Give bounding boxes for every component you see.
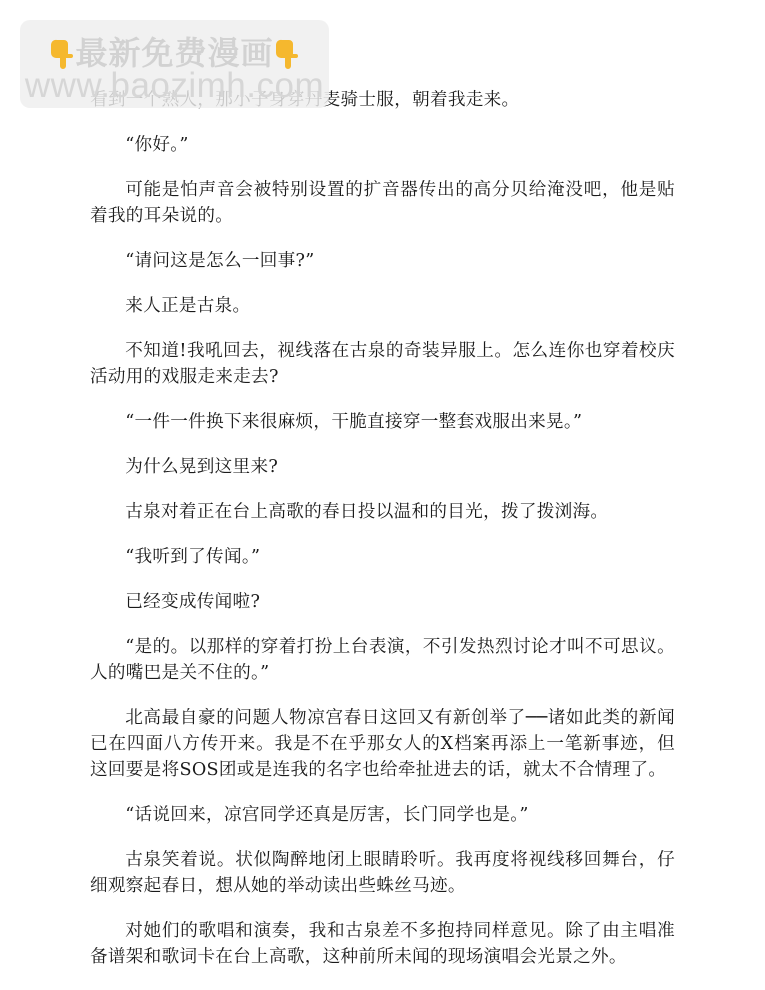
paragraph: 不知道!我吼回去，视线落在古泉的奇装异服上。怎么连你也穿着校庆活动用的戏服走来走… — [90, 338, 675, 390]
watermark-banner: 最新免费漫画 www.baozimh.com — [20, 20, 329, 108]
paragraph: “话说回来，凉宫同学还真是厉害，长门同学也是。” — [90, 802, 675, 828]
paragraph: “请问这是怎么一回事?” — [90, 248, 675, 274]
paragraph: 可能是怕声音会被特别设置的扩音器传出的高分贝给淹没吧，他是贴着我的耳朵说的。 — [90, 177, 675, 229]
paragraph: “一件一件换下来很麻烦，干脆直接穿一整套戏服出来晃。” — [90, 409, 675, 435]
paragraph: 古泉对着正在台上高歌的春日投以温和的目光，拨了拨浏海。 — [90, 499, 675, 525]
paragraph: 古泉笑着说。状似陶醉地闭上眼睛聆听。我再度将视线移回舞台，仔细观察起春日，想从她… — [90, 847, 675, 899]
document-body: 看到一个熟人，那小子身穿丹麦骑士服，朝着我走来。 “你好。” 可能是怕声音会被特… — [90, 87, 675, 989]
paragraph: “是的。以那样的穿着打扮上台表演，不引发热烈讨论才叫不可思议。人的嘴巴是关不住的… — [90, 634, 675, 686]
watermark-url: www.baozimh.com — [20, 66, 329, 106]
paragraph: 来人正是古泉。 — [90, 293, 675, 319]
paragraph: 为什么晃到这里来? — [90, 454, 675, 480]
paragraph: 北高最自豪的问题人物凉宫春日这回又有新创举了──诸如此类的新闻已在四面八方传开来… — [90, 705, 675, 783]
paragraph: “你好。” — [90, 132, 675, 158]
paragraph: “我听到了传闻。” — [90, 544, 675, 570]
paragraph: 对她们的歌唱和演奏，我和古泉差不多抱持同样意见。除了由主唱准备谱架和歌词卡在台上… — [90, 918, 675, 970]
paragraph: 已经变成传闻啦? — [90, 589, 675, 615]
